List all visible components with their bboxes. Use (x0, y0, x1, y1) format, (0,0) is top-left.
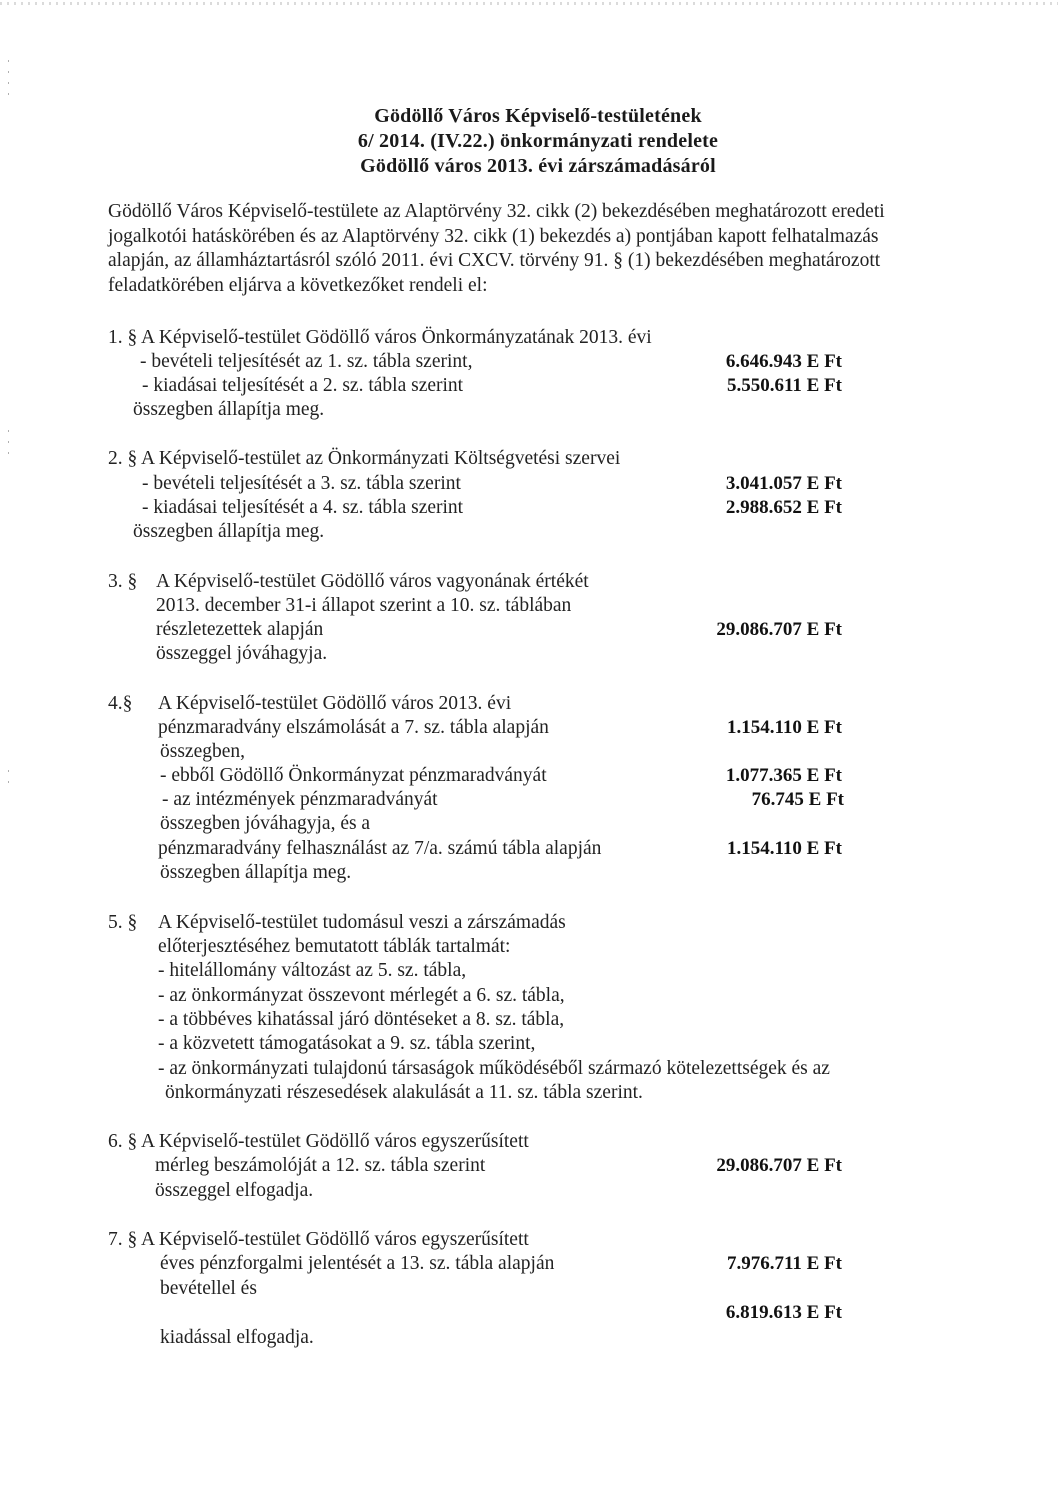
scan-margin-marks (8, 770, 10, 792)
section-heading: 6. § A Képviselő-testület Gödöllő város … (108, 1130, 529, 1154)
amount-assets: 29.086.707 E Ft (716, 618, 842, 642)
list-item: - hitelállomány változást az 5. sz. tábl… (158, 959, 466, 983)
section-line: bevétellel és (160, 1277, 257, 1301)
section-line: - kiadásai teljesítését a 2. sz. tábla s… (142, 374, 463, 398)
section-heading: 1. § A Képviselő-testület Gödöllő város … (108, 326, 652, 350)
section-line: előterjesztéséhez bemutatott táblák tart… (158, 935, 510, 959)
section-line: - bevételi teljesítését a 3. sz. tábla s… (142, 472, 461, 496)
list-item: - a közvetett támogatásokat a 9. sz. táb… (158, 1032, 535, 1056)
amount-expenditure: 5.550.611 E Ft (727, 374, 842, 398)
section-heading: 2. § A Képviselő-testület az Önkormányza… (108, 447, 620, 471)
list-item: - a többéves kihatással járó döntéseket … (158, 1008, 564, 1032)
title-line-3: Gödöllő város 2013. évi zárszámadásáról (18, 154, 1058, 179)
preamble-line: alapján, az államháztartásról szóló 2011… (108, 249, 898, 274)
section-line: kiadással elfogadja. (160, 1326, 314, 1350)
section-number: 3. § (108, 570, 137, 594)
list-item: - az önkormányzat összevont mérlegét a 6… (158, 984, 565, 1008)
amount-revenue: 6.646.943 E Ft (726, 350, 842, 374)
amount-surplus-municipality: 1.077.365 E Ft (726, 764, 842, 788)
preamble-line: Gödöllő Város Képviselő-testülete az Ala… (108, 200, 898, 225)
title-line-1: Gödöllő Város Képviselő-testületének (18, 104, 1058, 129)
section-line: pénzmaradvány felhasználást az 7/a. szám… (158, 837, 601, 861)
scan-margin-marks (8, 60, 10, 104)
section-heading: 7. § A Képviselő-testület Gödöllő város … (108, 1228, 529, 1252)
section-line: összeggel jóváhagyja. (156, 642, 327, 666)
section-line: mérleg beszámolóját a 12. sz. tábla szer… (155, 1154, 485, 1178)
list-item-continuation: önkormányzati részesedések alakulását a … (165, 1081, 643, 1105)
preamble-line: jogalkotói hatáskörében és az Alaptörvén… (108, 225, 898, 250)
section-line: összegben állapítja meg. (160, 861, 351, 885)
section-line: összegben állapítja meg. (133, 398, 324, 422)
section-line: A Képviselő-testület Gödöllő város 2013.… (158, 692, 511, 716)
section-line: - bevételi teljesítését az 1. sz. tábla … (140, 350, 472, 374)
section-line: összegben állapítja meg. (133, 520, 324, 544)
scan-margin-marks (8, 430, 10, 463)
preamble-line: feladatkörében eljárva a következőket re… (108, 274, 898, 299)
amount-expenditure: 2.988.652 E Ft (726, 496, 842, 520)
amount-cashflow-expenditure: 6.819.613 E Ft (726, 1301, 842, 1325)
section-line: pénzmaradvány elszámolását a 7. sz. tábl… (158, 716, 549, 740)
section-line: összegben jóváhagyja, és a (160, 812, 370, 836)
section-line: 2013. december 31-i állapot szerint a 10… (156, 594, 571, 618)
section-number: 4.§ (108, 692, 132, 716)
section-line: összegben, (160, 740, 245, 764)
section-number: 5. § (108, 911, 137, 935)
title-line-2: 6/ 2014. (IV.22.) önkormányzati rendelet… (18, 129, 1058, 154)
preamble: Gödöllő Város Képviselő-testülete az Ala… (108, 200, 898, 298)
section-line: A Képviselő-testület tudomásul veszi a z… (158, 911, 566, 935)
amount-surplus-institutions: 76.745 E Ft (752, 788, 844, 812)
amount-surplus-usage: 1.154.110 E Ft (727, 837, 842, 861)
amount-balance-sheet: 29.086.707 E Ft (716, 1154, 842, 1178)
amount-revenue: 3.041.057 E Ft (726, 472, 842, 496)
section-line: összeggel elfogadja. (155, 1179, 313, 1203)
document-title: Gödöllő Város Képviselő-testületének 6/ … (0, 104, 1058, 179)
section-line: - az intézmények pénzmaradványát (162, 788, 438, 812)
section-line: - kiadásai teljesítését a 4. sz. tábla s… (142, 496, 463, 520)
section-line: részletezettek alapján (156, 618, 323, 642)
scan-artifact-top (0, 2, 1058, 5)
amount-cashflow-revenue: 7.976.711 E Ft (727, 1252, 842, 1276)
section-line: éves pénzforgalmi jelentését a 13. sz. t… (160, 1252, 554, 1276)
section-line: - ebből Gödöllő Önkormányzat pénzmaradvá… (160, 764, 547, 788)
section-line: A Képviselő-testület Gödöllő város vagyo… (156, 570, 589, 594)
list-item: - az önkormányzati tulajdonú társaságok … (158, 1057, 830, 1081)
amount-surplus-total: 1.154.110 E Ft (727, 716, 842, 740)
